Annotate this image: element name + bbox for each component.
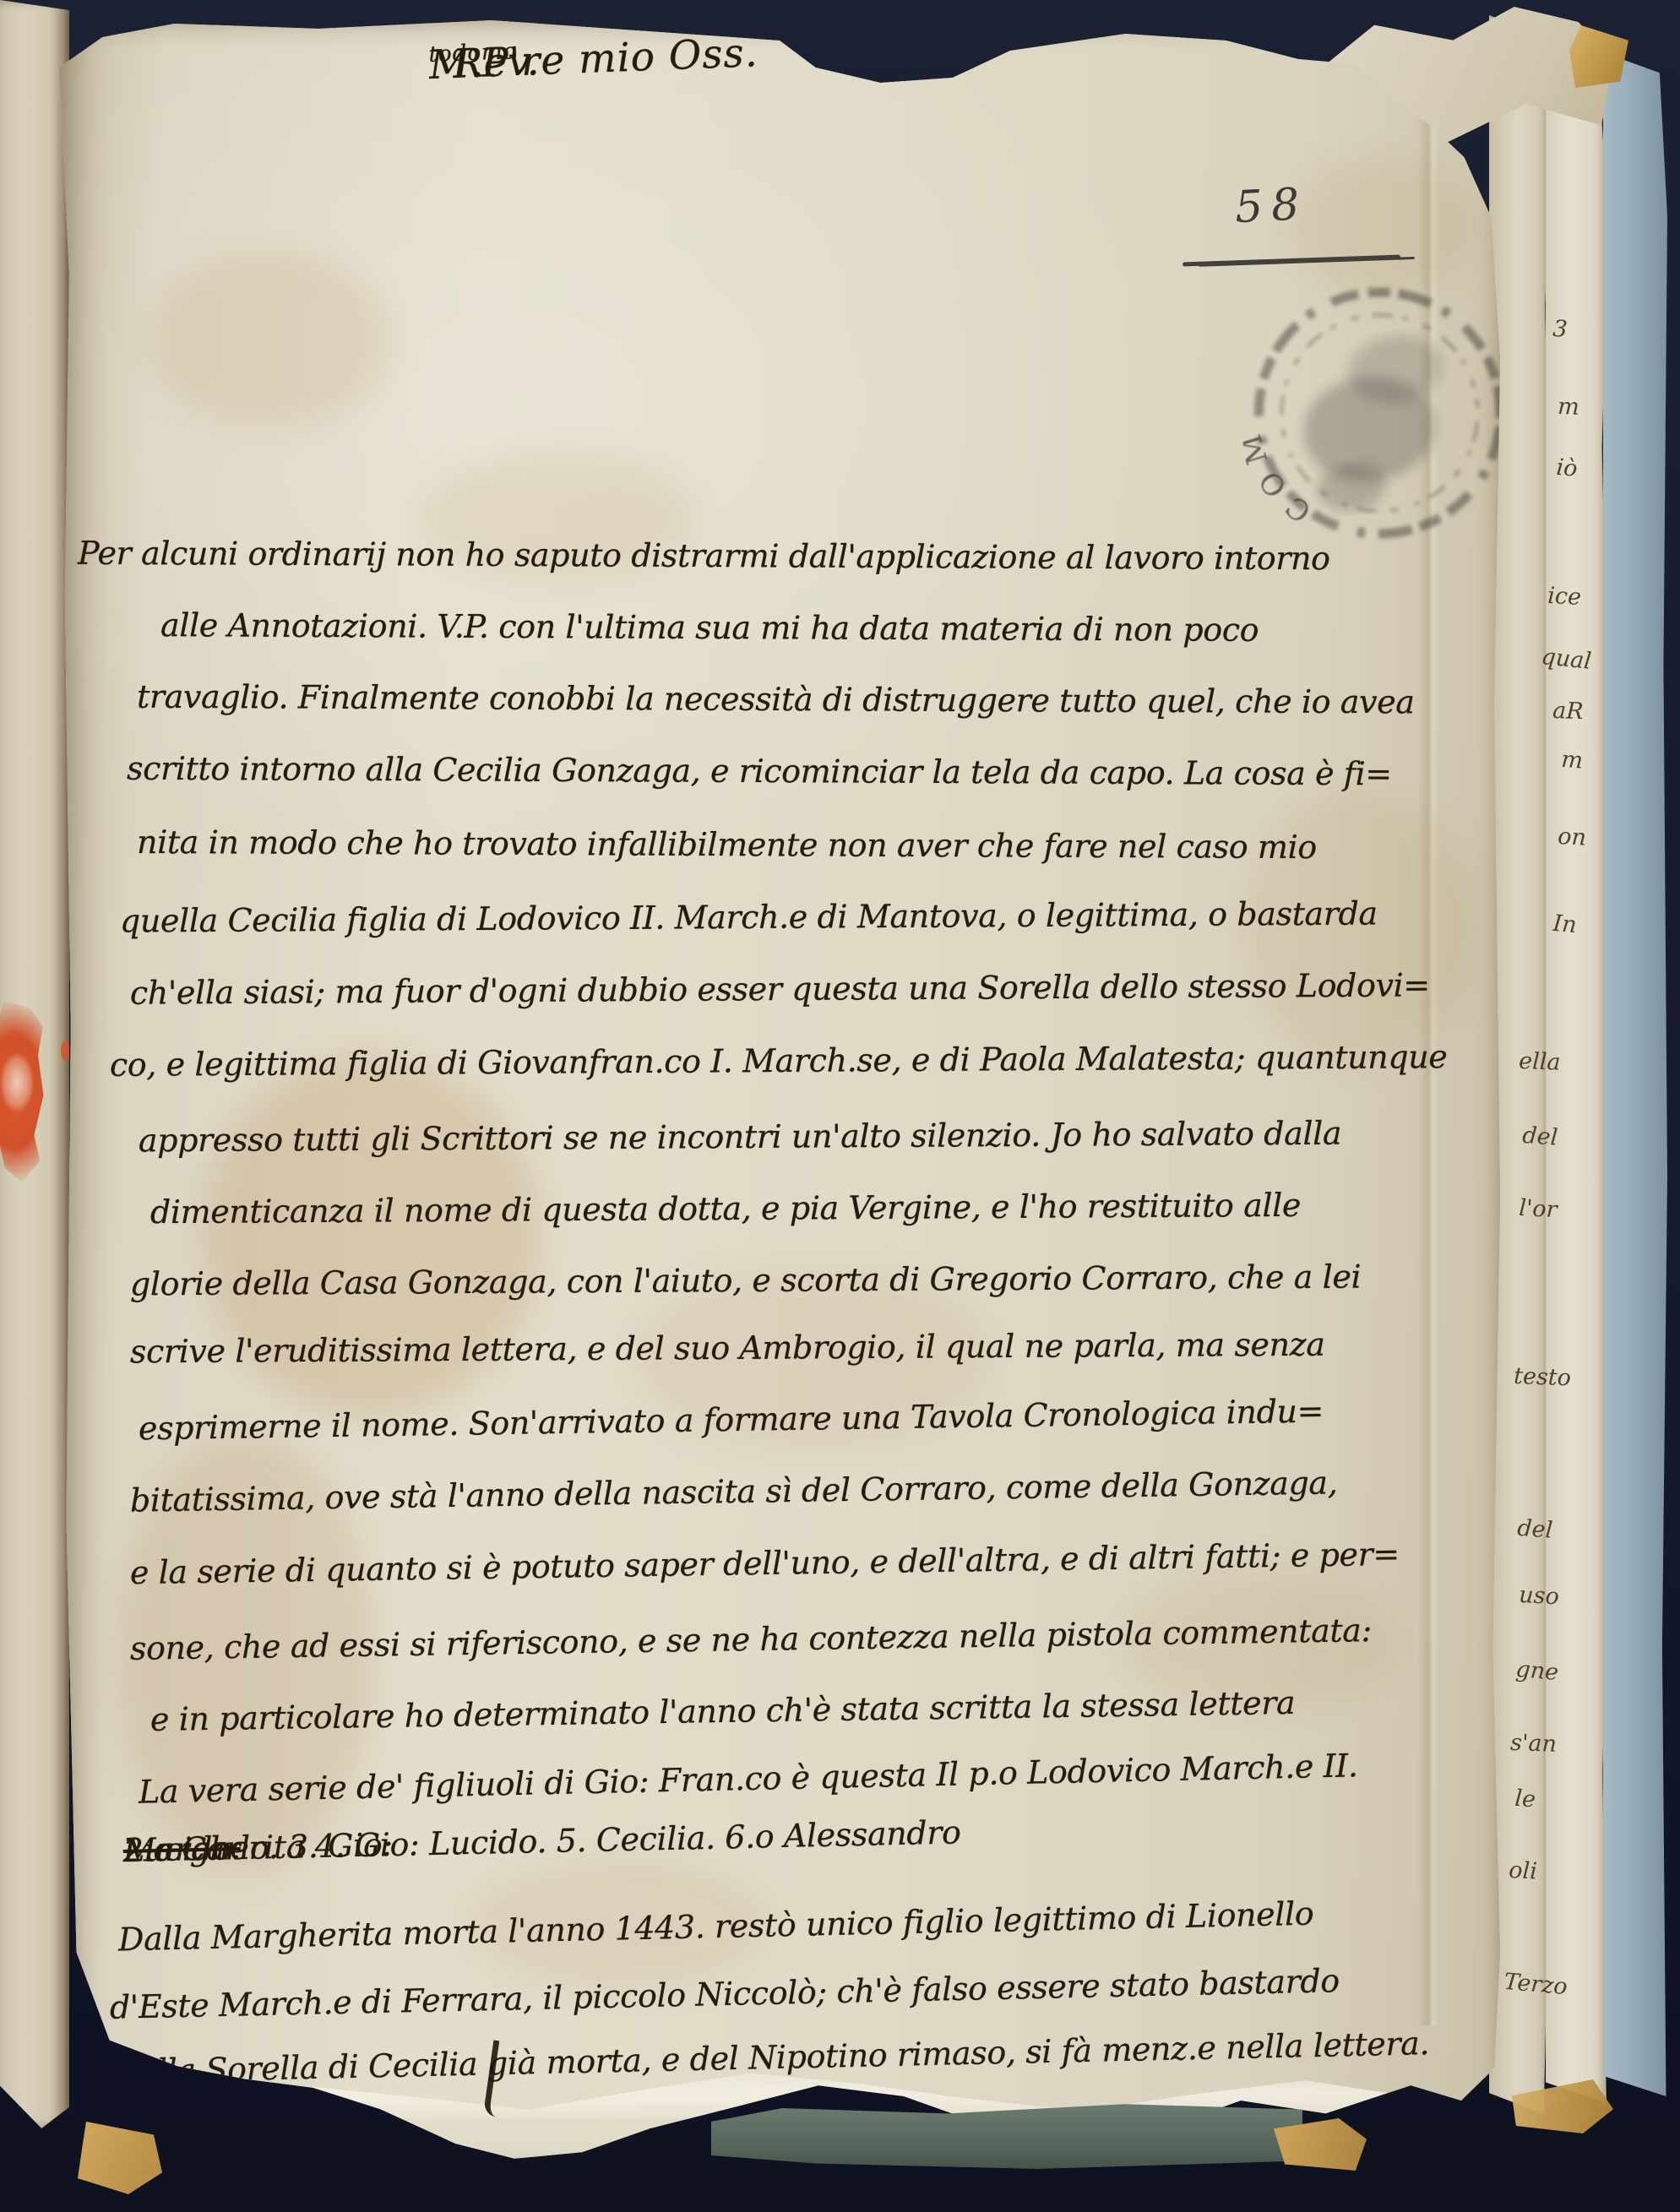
edge-text-fragment: m	[1557, 394, 1659, 431]
edge-text-fragment: l'or	[1518, 1195, 1621, 1234]
edge-text-fragment: oli	[1508, 1857, 1611, 1896]
body-line: esprimerne il nome. Son'arrivato a forma…	[139, 1393, 1324, 1463]
body-line: ch'ella siasi; ma fuor d'ogni dubbio ess…	[130, 966, 1430, 1026]
body-line: quella Cecilia figlia di Lodovico II. Ma…	[120, 894, 1378, 954]
body-line: scritto intorno alla Cecilia Gonzaga, e …	[127, 750, 1392, 808]
edge-text-fragment: le	[1514, 1785, 1617, 1826]
body-line: nita in modo che ho trovato infallibilme…	[137, 823, 1317, 881]
edge-text-fragment: m	[1560, 747, 1663, 787]
gilt-corner-top	[1569, 25, 1628, 88]
edge-text-fragment: uso	[1518, 1582, 1621, 1621]
manuscript-page: M.to Rev.do P're mio Oss.mo 58 COM	[59, 15, 1500, 2167]
letter-body: Per alcuni ordinarij non ho saputo distr…	[59, 15, 1500, 2167]
gilt-corner-bottom-left	[78, 2122, 162, 2194]
manuscript-photo: M.to Rev.do P're mio Oss.mo 58 COM	[0, 0, 1680, 2212]
body-line: sone, che ad essi si riferiscono, e se n…	[130, 1611, 1373, 1682]
cover-board-green	[711, 2101, 1302, 2169]
body-line: dimenticanza il nome di questa dotta, e …	[150, 1187, 1301, 1246]
body-line: travaglio. Finalmente conobbi la necessi…	[137, 678, 1415, 736]
body-line: e la serie di quanto si è potuto saper d…	[130, 1535, 1400, 1606]
body-line: Per alcuni ordinarij non ho saputo distr…	[78, 535, 1330, 592]
body-line: co, e legittima figlia di Giovanfran.co …	[110, 1038, 1448, 1099]
body-line: e in particolare ho determinato l'anno c…	[150, 1684, 1296, 1753]
body-line: 2.o Carlo. 3. Gio: Lucido. Margherita 4.…	[122, 1832, 123, 1884]
red-wax-fleck	[61, 1041, 69, 1061]
edge-text-fragment: testo	[1513, 1363, 1615, 1400]
body-line: bitatissima, ove stà l'anno della nascit…	[130, 1464, 1338, 1534]
red-wax-seal	[0, 1001, 44, 1182]
edge-text-fragment: del	[1516, 1515, 1619, 1556]
edge-text-fragment: ella	[1518, 1048, 1620, 1085]
edge-text-fragment: aR	[1552, 698, 1654, 735]
edge-text-fragment: ice	[1547, 583, 1650, 622]
edge-text-fragment: on	[1557, 823, 1660, 862]
edge-text-fragment: del	[1521, 1122, 1624, 1163]
edge-text-fragment: s'an	[1509, 1730, 1612, 1767]
body-line: Dalla Margherita morta l'anno 1443. rest…	[117, 1895, 1314, 1974]
body-line: appresso tutti gli Scrittori se ne incon…	[139, 1115, 1342, 1175]
body-line: La vera serie de' figliuoli di Gio: Fran…	[138, 1747, 1358, 1825]
body-line: alle Annotazioni. V.P. con l'ultima sua …	[160, 606, 1259, 664]
body-line: scrive l'eruditissima lettera, e del suo…	[130, 1326, 1325, 1386]
body-line: glorie della Casa Gonzaga, con l'aiuto, …	[130, 1258, 1362, 1318]
edge-text-fragment: 3	[1552, 316, 1655, 356]
body-line: d'Este March.e di Ferrara, il piccolo Ni…	[109, 1962, 1340, 2041]
